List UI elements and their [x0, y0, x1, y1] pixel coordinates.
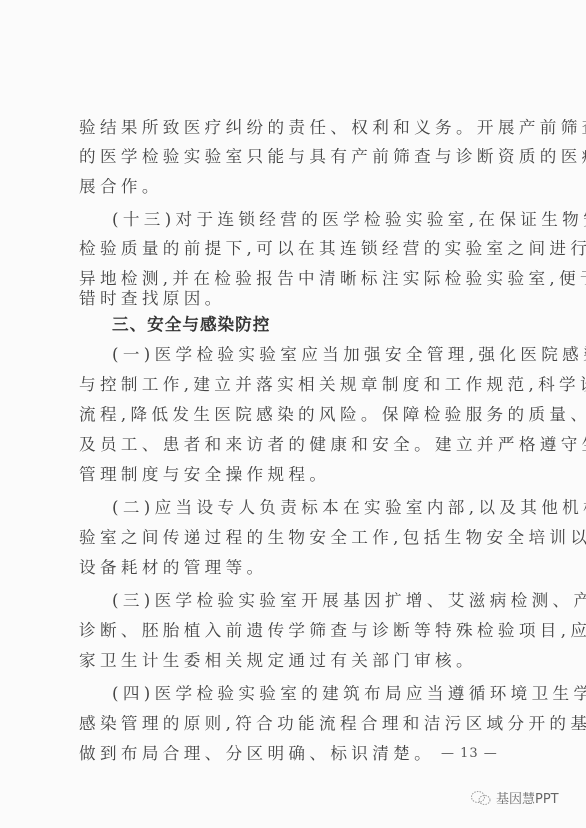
wechat-icon	[470, 790, 492, 806]
text-line: 检验质量的前提下,可以在其连锁经营的实验室之间进行标本的	[79, 238, 519, 260]
paragraph-13-start: (十三)对于连锁经营的医学检验实验室,在保证生物安全和	[112, 209, 520, 231]
text-line: 及员工、患者和来访者的健康和安全。建立并严格遵守生物安全	[79, 434, 519, 456]
watermark: 基因慧PPT	[470, 788, 559, 807]
watermark-text: 基因慧PPT	[496, 788, 559, 807]
paragraph-2-start: (二)应当设专人负责标本在实验室内部,以及其他机构与实	[112, 497, 520, 519]
text-line: 诊断、胚胎植入前遗传学筛查与诊断等特殊检验项目,应当按照国	[79, 620, 519, 642]
section-heading: 三、安全与感染防控	[112, 314, 520, 336]
text-line: 管理制度与安全操作规程。	[79, 464, 519, 486]
text-line: 与控制工作,建立并落实相关规章制度和工作规范,科学设置工作	[79, 374, 519, 396]
paragraph-4-start: (四)医学检验实验室的建筑布局应当遵循环境卫生学和医院	[112, 683, 520, 705]
text-line: 异地检测,并在检验报告中清晰标注实际检验实验室,便于出现差	[79, 268, 519, 290]
text-line: 设备耗材的管理等。	[79, 557, 519, 579]
document-page: 验结果所致医疗纠纷的责任、权利和义务。开展产前筛查与诊断 的医学检验实验室只能与…	[0, 0, 586, 828]
text-line: 错时查找原因。	[79, 288, 519, 310]
text-line: 验结果所致医疗纠纷的责任、权利和义务。开展产前筛查与诊断	[79, 117, 519, 139]
text-line: 流程,降低发生医院感染的风险。保障检验服务的质量、安全,以	[79, 404, 519, 426]
text-line: 验室之间传递过程的生物安全工作,包括生物安全培训以及相关	[79, 527, 519, 549]
page-number: — 13 —	[441, 746, 498, 761]
paragraph-1-start: (一)医学检验实验室应当加强安全管理,强化医院感染预防	[112, 344, 520, 366]
text-line: 展合作。	[79, 176, 519, 198]
text-line: 家卫生计生委相关规定通过有关部门审核。	[79, 650, 519, 672]
text-line: 感染管理的原则,符合功能流程合理和洁污区域分开的基本要求,	[79, 713, 519, 735]
text-line: 的医学检验实验室只能与具有产前筛查与诊断资质的医疗机构开	[79, 146, 519, 168]
paragraph-3-start: (三)医学检验实验室开展基因扩增、艾滋病检测、产前筛查与	[112, 590, 520, 612]
